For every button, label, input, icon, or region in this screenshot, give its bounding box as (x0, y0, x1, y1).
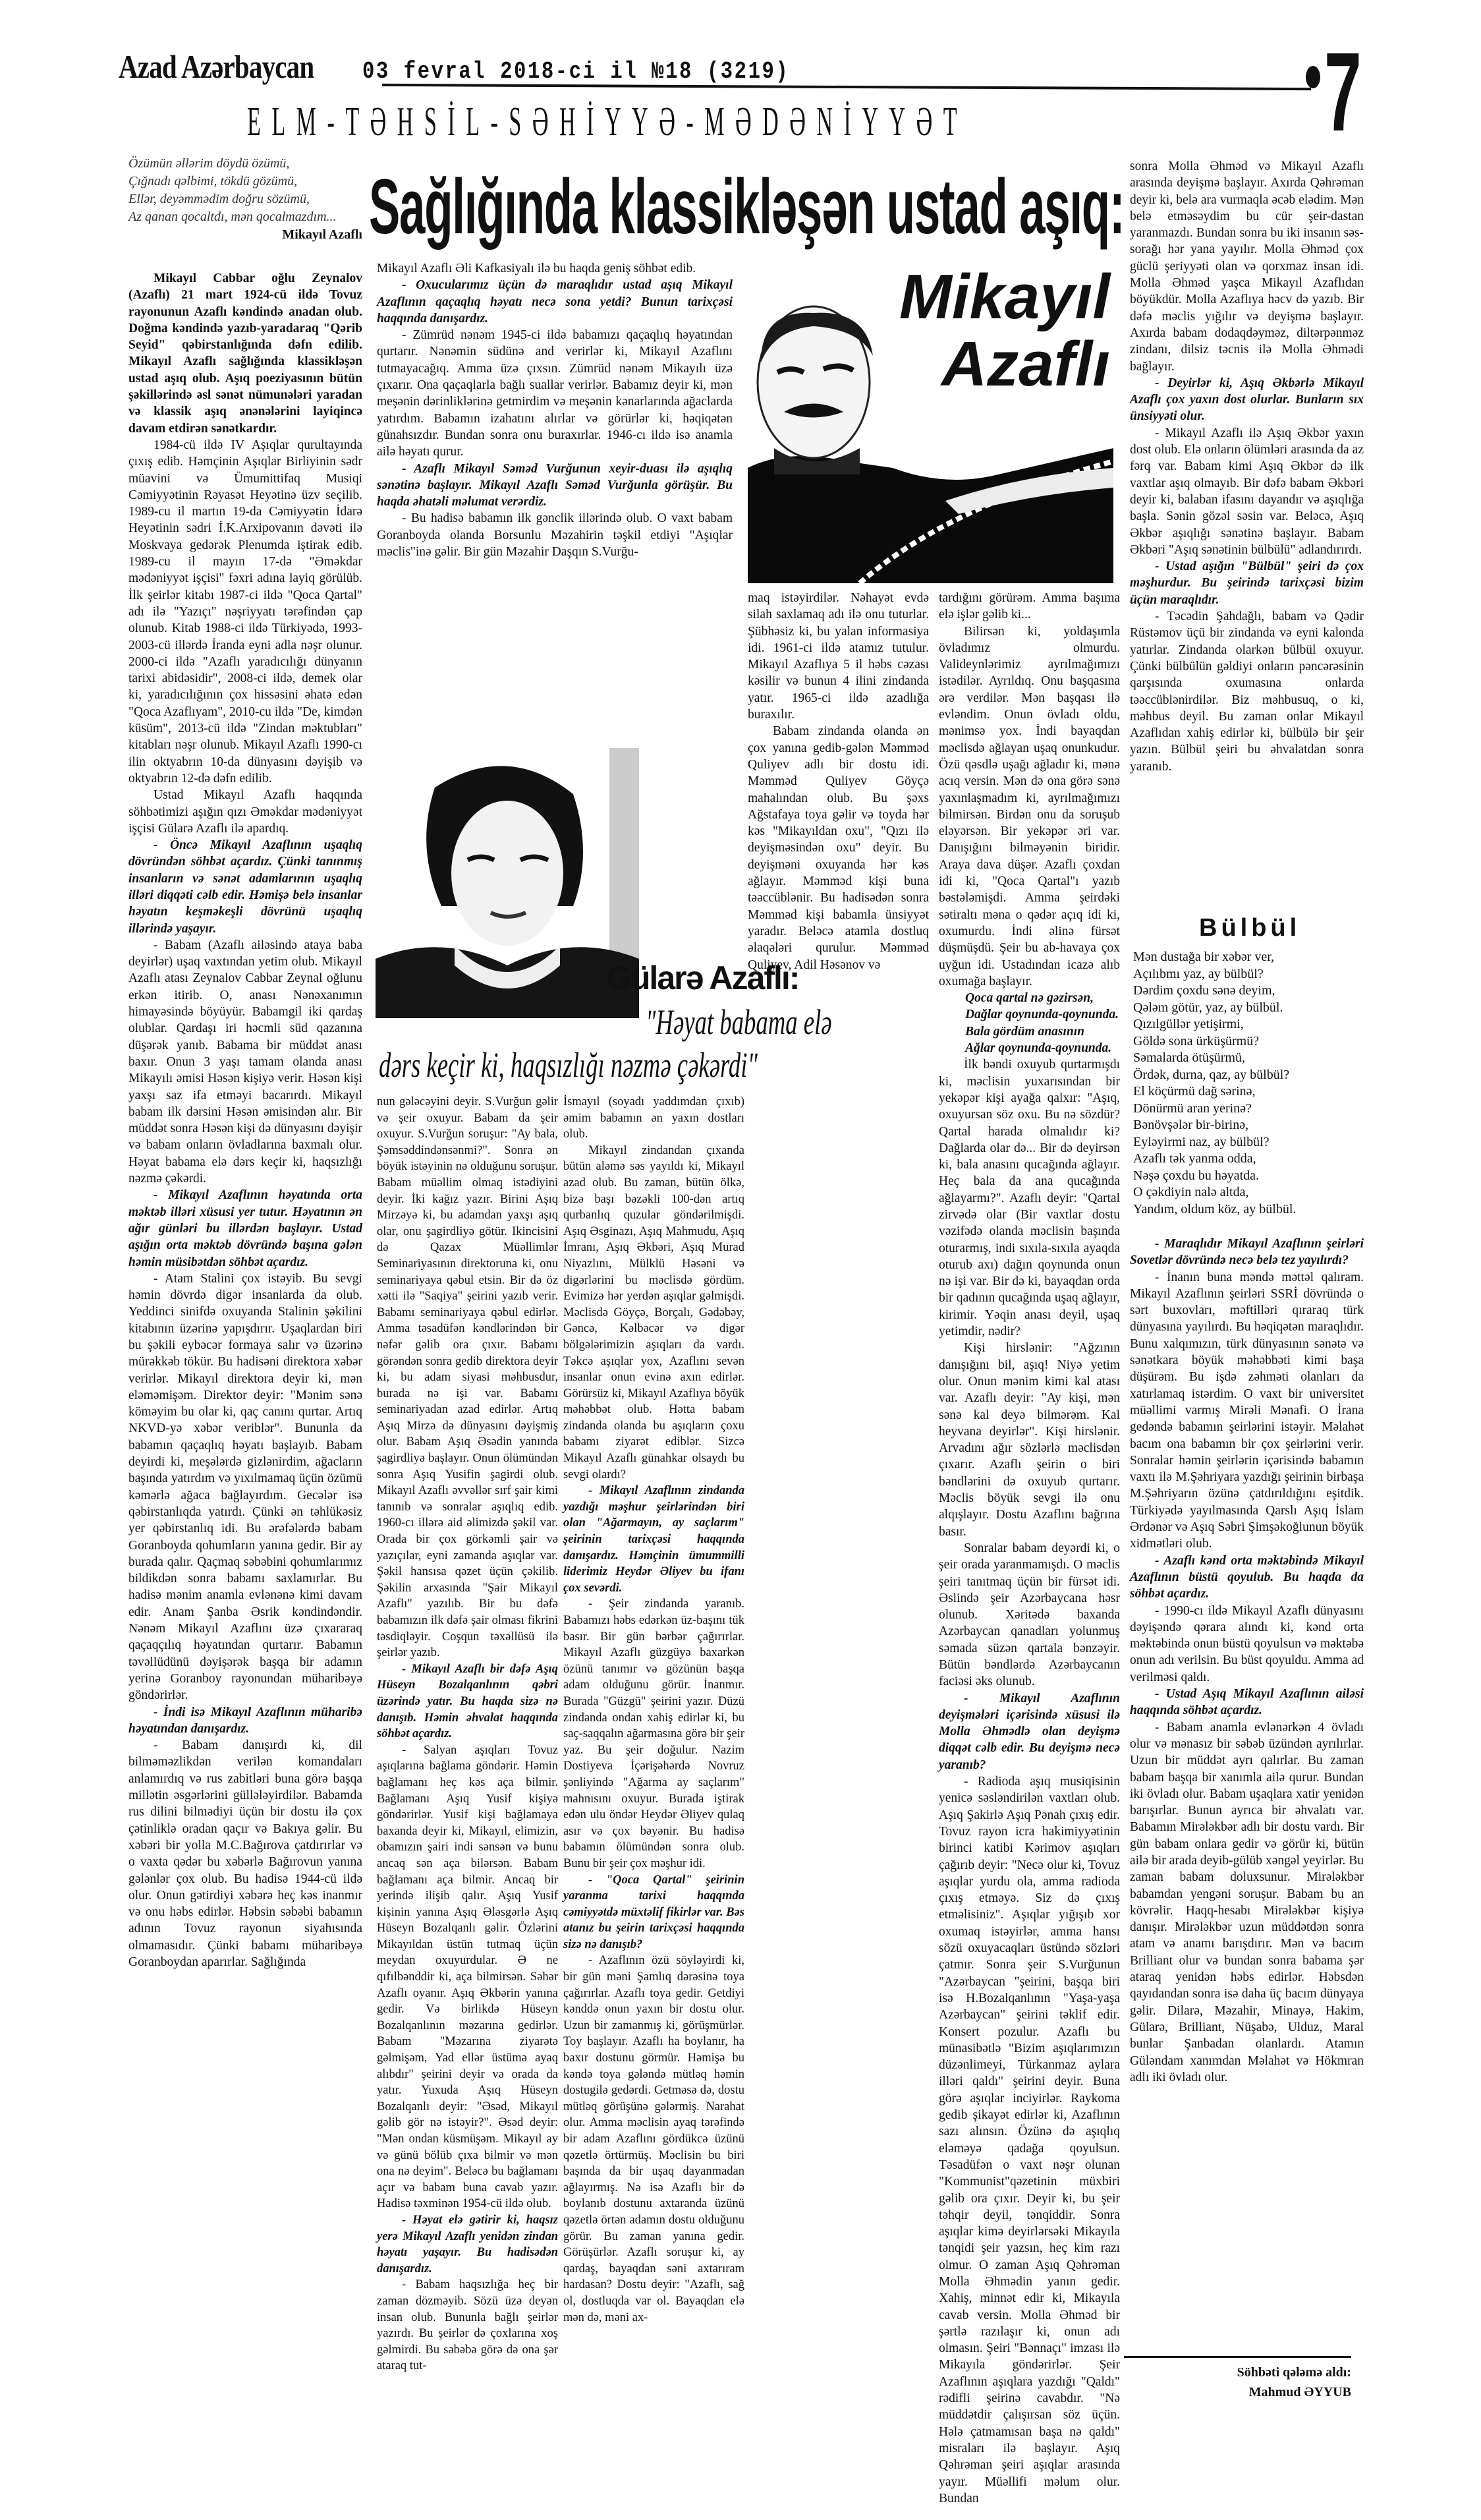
portrait-image-icon (376, 748, 639, 1018)
byline-rule (1124, 2356, 1351, 2358)
interviewee-name: Gülarə Azaflı: (606, 959, 738, 997)
epigraph-line: Ellər, deyəmmədim doğru sözümü, (128, 190, 362, 208)
interview-answer: - Bu hadisə babamın ilk gənclik illərind… (377, 510, 733, 560)
issue-date-number: 03 fevral 2018-ci il №18 (3219) (362, 58, 789, 85)
subject-name: Mikayıl Azaflı (886, 264, 1110, 398)
poem-line: O çəkdiyin nalə altda, (1133, 1184, 1351, 1201)
article-column-6: - Maraqlıdır Mikayıl Azaflının şeirləri … (1130, 1236, 1364, 2086)
article-column-4: tardığını görürəm. Amma başıma elə işlər… (939, 590, 1120, 2507)
poem-line: Eyləyirmi naz, ay bülbül? (1133, 1134, 1351, 1151)
lead-paragraph: Mikayıl Cabbar oğlu Zeynalov (Azaflı) 21… (128, 270, 362, 437)
poem-line: Dönürmü aran yerinə? (1133, 1101, 1351, 1118)
interview-question: - Həyat elə gətirir ki, haqsız yerə Mika… (377, 2212, 558, 2277)
interview-answer: - Babam haqsızlığa heç bir zaman dözməyi… (377, 2277, 558, 2374)
interview-answer: - Salyan aşıqları Tovuz aşıqlarına bağla… (377, 1742, 558, 2212)
article-column-2-bottom: nun gələcəyini deyir. S.Vurğun gəlir və … (377, 1094, 558, 2374)
paragraph: Sonralar babam deyərdi ki, o şeir orada … (939, 1540, 1120, 1690)
interview-question: - Mikayıl Azaflının deyişmələri içərisin… (939, 1690, 1120, 1773)
poem-line: Qızılgüllər yetişirmi, (1133, 1016, 1351, 1033)
interview-question: - Azaflı Mikayıl Səməd Vurğunun xeyir-du… (377, 461, 733, 511)
photo-gulare-azafli (376, 748, 639, 1018)
interview-answer: - Babam anamla evlənərkən 4 övladı olur … (1130, 1719, 1364, 2086)
interview-answer: - Zümrüd nənəm 1945-ci ildə babamızı qaç… (377, 327, 733, 460)
newspaper-name: Azad Azərbaycan (119, 47, 314, 86)
interview-answer: - İnanın buna məndə məttəl qalıram. Mika… (1130, 1269, 1364, 1553)
interview-answer: - Azaflının özü söyləyirdi ki, bir gün m… (563, 1953, 744, 2326)
byline: Söhbəti qələmə aldı: Mahmud ƏYYUB (1124, 2362, 1351, 2402)
poem-line: Qələm götür, yaz, ay bülbül. (1133, 1000, 1351, 1017)
epigraph-poem: Özümün əllərim döydü özümü, Çığnadı qəlb… (128, 155, 362, 244)
interview-answer: - Radioda aşıq musiqisinin yenicə səslən… (939, 1773, 1120, 2507)
paragraph: İsmayıl (soyadı yaddımdan çıxıb) əmim ba… (563, 1094, 744, 1143)
interview-answer: - Şeir zindanda yaranıb. Babamızı həbs e… (563, 1596, 744, 1872)
interviewee-quote-line-2: dərs keçir ki, haqsızlığı nəzmə çəkərdi" (379, 1045, 758, 1085)
paragraph: 1984-cü ildə IV Aşıqlar qurultayında çıx… (128, 437, 362, 787)
paragraph: İlk bəndi oxuyub qurtarmışdı ki, məclisi… (939, 1056, 1120, 1340)
interviewee-quote-line-1: "Həyat babama elə (646, 1002, 832, 1043)
interview-question: - Öncə Mikayıl Azaflının uşaqlıq dövründ… (128, 837, 362, 937)
poem-line: Səmalarda ötüşürmü, (1133, 1050, 1351, 1067)
verse-line: Bala gördüm anasının (939, 1023, 1120, 1040)
interview-question: - Ustad aşığın "Bülbül" şeiri də çox məş… (1130, 558, 1364, 608)
interview-question: - İndi isə Mikayıl Azaflının müharibə hə… (128, 1704, 362, 1738)
verse-line: Dağlar qoynunda-qoynunda. (939, 1006, 1120, 1023)
interview-answer: - 1990-cı ildə Mikayıl Azaflı dünyasını … (1130, 1603, 1364, 1686)
poem-line: Mən dustağa bir xəbər ver, (1133, 949, 1351, 966)
interview-question: - Mikayıl Azaflının zindanda yazdığı məş… (563, 1483, 744, 1596)
epigraph-signature: Mikayıl Azaflı (128, 226, 362, 244)
paragraph: maq istəyirdilər. Nəhayət evdə silah sax… (748, 590, 929, 723)
article-column-2-top: Mikayıl Azaflı Əli Kafkasiyalı ilə bu ha… (377, 260, 733, 560)
byline-label: Söhbəti qələmə aldı: (1124, 2362, 1351, 2382)
article-column-5: sonra Molla Əhməd və Mikayıl Azaflı aras… (1130, 158, 1364, 775)
byline-author: Mahmud ƏYYUB (1124, 2382, 1351, 2402)
paragraph: Babam zindanda olanda ən çox yanına gedi… (748, 723, 929, 973)
epigraph-line: Özümün əllərim döydü özümü, (128, 155, 362, 173)
interview-question: - Azaflı kənd orta məktəbində Mikayıl Az… (1130, 1553, 1364, 1603)
subject-last-name: Azaflı (886, 331, 1110, 398)
poem-title: Bülbül (1199, 914, 1300, 942)
epigraph-line: Çığnadı qəlbimi, tökdü gözümü, (128, 173, 362, 190)
paragraph: Kişi hirslənir: "Ağzının danışığını bil,… (939, 1340, 1120, 1540)
article-column-3-top: maq istəyirdilər. Nəhayət evdə silah sax… (748, 590, 929, 973)
poem-line: El köçürmü dağ sərinə, (1133, 1083, 1351, 1101)
verse-line: Qoca qartal nə gəzirsən, (939, 990, 1120, 1006)
poem-line: Göldə sona ürküşürmü? (1133, 1033, 1351, 1050)
interview-question: - Oxucularımız üçün də maraqlıdır ustad … (377, 277, 733, 327)
article-headline: Sağlığında klassikləşən ustad aşıq: (369, 168, 1124, 246)
poem-line: Yandım, oldum köz, ay bülbül. (1133, 1201, 1351, 1218)
paragraph: Bilirsən ki, yoldaşımla övladımız olmurd… (939, 623, 1120, 990)
article-column-3-bottom: İsmayıl (soyadı yaddımdan çıxıb) əmim ba… (563, 1094, 744, 2326)
interview-answer: - Təcədin Şahdağlı, babam və Qədir Rüstə… (1130, 608, 1364, 775)
article-column-1: Mikayıl Cabbar oğlu Zeynalov (Azaflı) 21… (128, 270, 362, 1970)
paragraph: tardığını görürəm. Amma başıma elə işlər… (939, 590, 1120, 623)
paragraph: nun gələcəyini deyir. S.Vurğun gəlir və … (377, 1094, 558, 1661)
verse-line: Ağlar qoynunda-qoynunda. (939, 1040, 1120, 1056)
subject-first-name: Mikayıl (886, 264, 1110, 331)
poem-line: Bənövşələr bir-birinə, (1133, 1117, 1351, 1134)
interview-question: - Mikayıl Azaflı bir dəfə Aşıq Hüseyn Bo… (377, 1661, 558, 1742)
section-title: ELM-TƏHSİL-SƏHİYYƏ-MƏDƏNİYYƏT (247, 99, 968, 146)
interview-answer: - Atam Stalini çox istəyib. Bu sevgi həm… (128, 1271, 362, 1704)
interview-answer: - Babam (Azaflı ailəsində ataya baba dey… (128, 937, 362, 1187)
paragraph: sonra Molla Əhməd və Mikayıl Azaflı aras… (1130, 158, 1364, 375)
poem-line: Ördək, durna, qaz, ay bülbül? (1133, 1067, 1351, 1084)
poem-line: Açılıbmı yaz, ay bülbül? (1133, 966, 1351, 983)
interview-question: - Ustad Aşıq Mikayıl Azaflının ailəsi ha… (1130, 1686, 1364, 1719)
paragraph: Mikayıl zindandan çıxanda bütün aləmə sə… (563, 1143, 744, 1483)
poem-bulbul: Mən dustağa bir xəbər ver, Açılıbmı yaz,… (1133, 949, 1351, 1218)
interview-question: - Mikayıl Azaflının həyatında orta məktə… (128, 1187, 362, 1270)
interview-answer: - Babam danışırdı ki, dil bilməməzlikdən… (128, 1737, 362, 1970)
page-number: 7 (1324, 36, 1362, 148)
paragraph: Ustad Mikayıl Azaflı haqqında söhbətimiz… (128, 787, 362, 837)
header-rule (382, 84, 1311, 90)
poem-line: Nəşə çoxdu bu həyatda. (1133, 1168, 1351, 1185)
interview-answer: - Mikayıl Azaflı ilə Aşıq Əkbər yaxın do… (1130, 425, 1364, 558)
interview-question: - Maraqlıdır Mikayıl Azaflının şeirləri … (1130, 1236, 1364, 1269)
interview-question: - "Qoca Qartal" şeirinin yaranma tarixi … (563, 1872, 744, 1953)
page-bullet-icon (1306, 66, 1320, 88)
epigraph-line: Az qanan qocaltdı, mən qocalmazdım... (128, 208, 362, 226)
poem-line: Dərdim çoxdu sənə deyim, (1133, 983, 1351, 1000)
interview-question: - Deyirlər ki, Aşıq Əkbərlə Mikayıl Azaf… (1130, 375, 1364, 425)
poem-line: Azaflı tək yanma odda, (1133, 1151, 1351, 1168)
paragraph: Mikayıl Azaflı Əli Kafkasiyalı ilə bu ha… (377, 260, 733, 277)
